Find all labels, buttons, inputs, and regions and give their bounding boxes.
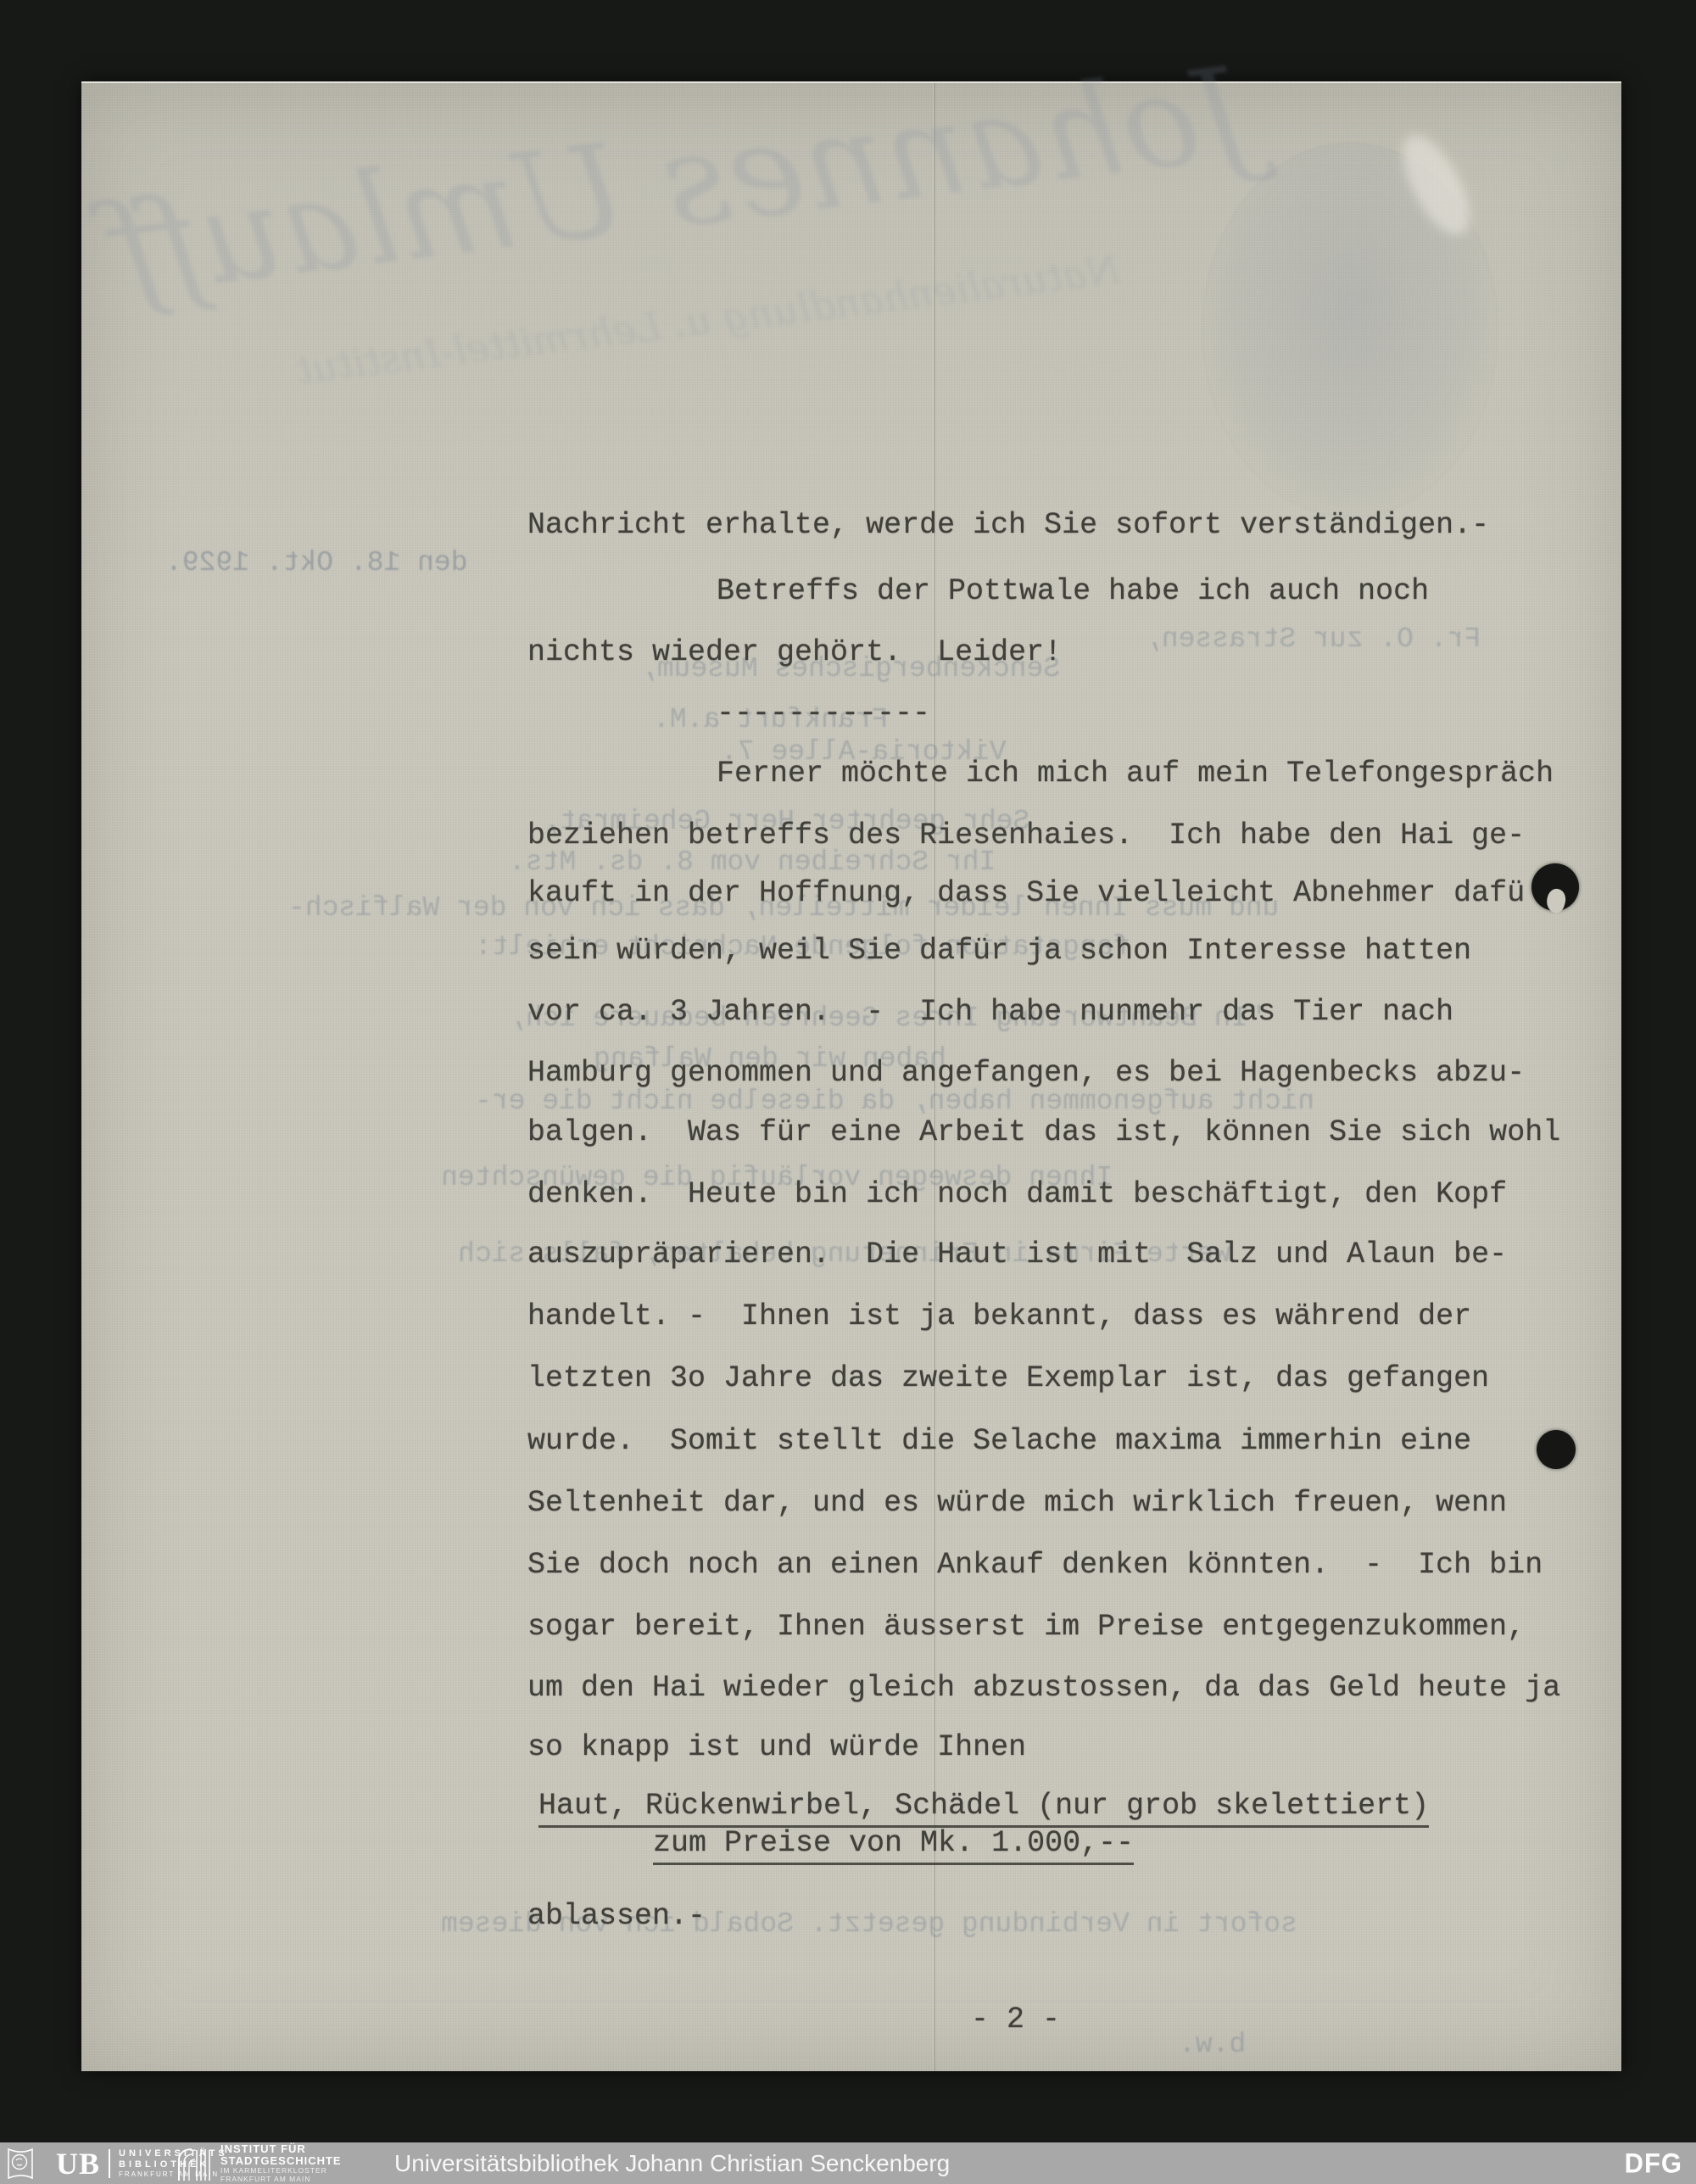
punch-hole — [1537, 1430, 1576, 1469]
letter-line: kauft in der Hoffnung, dass Sie vielleic… — [527, 879, 1525, 908]
bleedthrough-line: Fr. O. zur Strassen, — [1145, 625, 1481, 653]
bleedthrough-line: b.w. — [1179, 2030, 1246, 2058]
letter-line: auszupräparieren. Die Haut ist mit Salz … — [527, 1240, 1507, 1270]
letter-line: wurde. Somit stellt die Selache maxima i… — [527, 1427, 1471, 1456]
letter-line: beziehen betreffs des Riesenhaies. Ich h… — [527, 821, 1525, 851]
viewer-footer-bar: UB UNIVERSITÄTS BIBLIOTHEK FRANKFURT AM … — [0, 2142, 1696, 2184]
letter-line: Hamburg genommen und angefangen, es bei … — [527, 1058, 1525, 1088]
offer-price-underlined: zum Preise von Mk. 1.000,-- — [653, 1829, 1134, 1865]
institut-line2: STADTGESCHICHTE — [220, 2155, 342, 2167]
letter-line: Nachricht erhalte, werde ich Sie sofort … — [527, 511, 1489, 540]
letter-line: denken. Heute bin ich noch damit beschäf… — [527, 1180, 1507, 1209]
page-number: - 2 - — [971, 2005, 1060, 2035]
letter-line: letzten 3o Jahre das zweite Exemplar ist… — [527, 1364, 1489, 1394]
letter-line: handelt. - Ihnen ist ja bekannt, dass es… — [527, 1302, 1471, 1332]
letter-line: Ferner möchte ich mich auf mein Telefong… — [717, 759, 1554, 789]
institut-line4: FRANKFURT AM MAIN — [220, 2176, 342, 2183]
library-credit-text: Universitätsbibliothek Johann Christian … — [394, 2142, 950, 2184]
ub-divider — [109, 2149, 110, 2178]
letter-line: nichts wieder gehört. Leider! — [527, 638, 1062, 667]
bleedthrough-line: nicht aufgenommen haben, da dieselbe nic… — [475, 1087, 1314, 1115]
institut-line1: INSTITUT FÜR — [220, 2143, 342, 2155]
punch-hole — [1531, 863, 1579, 911]
section-divider-dashes: ------------ — [717, 699, 930, 729]
bleedthrough-line: den 18. Okt. 1929. — [165, 549, 467, 577]
scanned-letter-page: Johannes Umlauff Naturalienhandlung u. L… — [81, 81, 1621, 2071]
viewer-background: Johannes Umlauff Naturalienhandlung u. L… — [0, 0, 1696, 2184]
ub-goethe-book-icon — [7, 2147, 51, 2181]
letter-line: um den Hai wieder gleich abzustossen, da… — [527, 1673, 1560, 1703]
offer-items-underlined: Haut, Rückenwirbel, Schädel (nur grob sk… — [538, 1791, 1429, 1828]
letter-closing: ablassen.- — [527, 1902, 706, 1931]
karmeliterkloster-arch-icon — [176, 2147, 212, 2181]
letter-line: Seltenheit dar, und es würde mich wirkli… — [527, 1489, 1507, 1518]
letter-line: sogar bereit, Ihnen äusserst im Preise e… — [527, 1612, 1525, 1642]
letter-line: so knapp ist und würde Ihnen — [527, 1733, 1026, 1762]
ub-abbr: UB — [56, 2146, 100, 2181]
letter-line: Betreffs der Pottwale habe ich auch noch — [717, 577, 1429, 606]
letter-line: Sie doch noch an einen Ankauf denken kön… — [527, 1550, 1543, 1580]
letter-line: vor ca. 3 Jahren. - Ich habe nunmehr das… — [527, 997, 1453, 1027]
letter-line: balgen. Was für eine Arbeit das ist, kön… — [527, 1118, 1560, 1148]
letter-line: sein würden, weil Sie dafür ja schon Int… — [527, 936, 1471, 966]
dfg-logo: DFG — [1625, 2142, 1682, 2184]
institut-logo-block: INSTITUT FÜR STADTGESCHICHTE IM KARMELIT… — [176, 2142, 342, 2184]
